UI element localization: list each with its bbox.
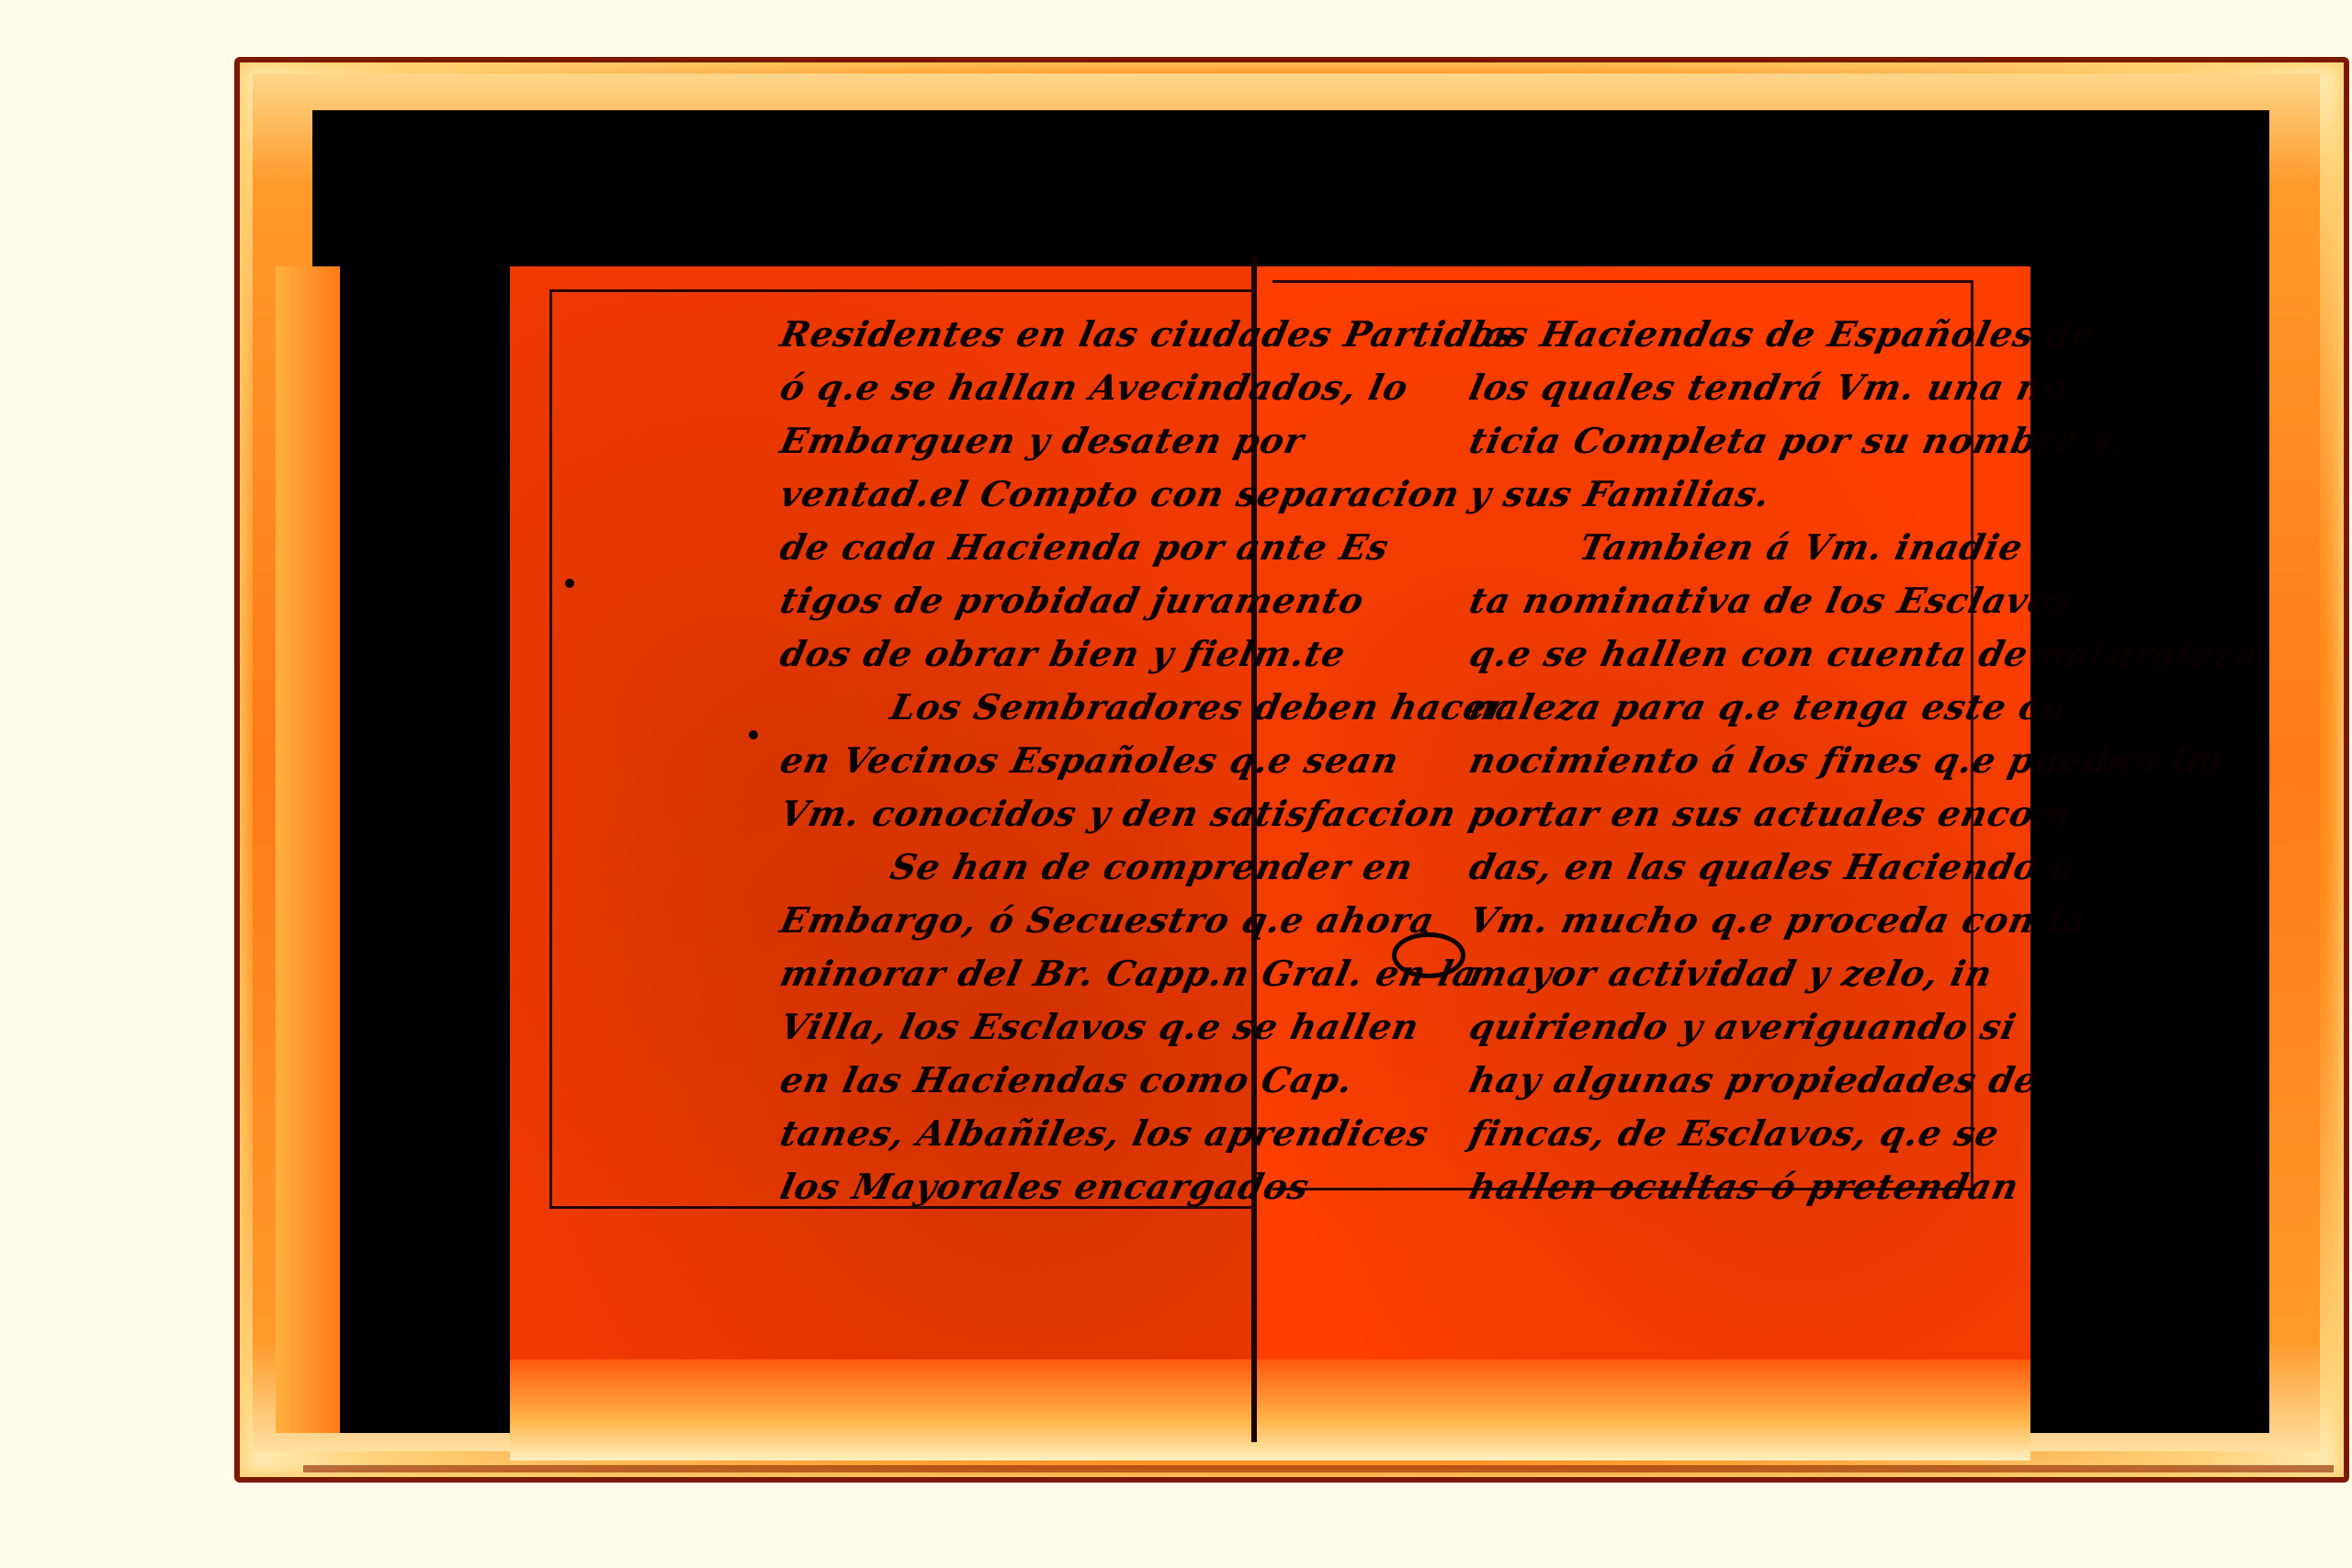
right-line: ta nominativa de los Esclavos bbox=[1464, 574, 2265, 627]
right-line: q.e se hallen con cuenta de naturaleza bbox=[1464, 627, 2265, 681]
left-line: ó q.e se hallan Avecindados, lo bbox=[775, 361, 1521, 414]
page-bottom-glow bbox=[510, 1359, 2030, 1461]
right-line: naleza para q.e tenga este co bbox=[1464, 681, 2265, 734]
margin-flourish-mark bbox=[1392, 932, 1465, 978]
ink-dot bbox=[749, 730, 758, 739]
right-line: los quales tendrá Vm. una no bbox=[1464, 361, 2265, 414]
right-line: ticia Completa por su nombre s. bbox=[1464, 414, 2265, 468]
left-line: Se han de comprender en bbox=[775, 840, 1521, 894]
right-line: quiriendo y averiguando si bbox=[1464, 1000, 2265, 1054]
left-line: Vm. conocidos y den satisfaccion bbox=[775, 787, 1521, 840]
right-line: fincas, de Esclavos, q.e se bbox=[1464, 1107, 2265, 1160]
left-line: Los Sembradores deben hacer bbox=[775, 681, 1521, 734]
right-line: das, en las quales Haciendo á bbox=[1464, 840, 2265, 894]
left-line: Villa, los Esclavos q.e se hallen bbox=[775, 1000, 1521, 1054]
right-line: nocimiento á los fines q.e pueden im bbox=[1464, 734, 2265, 787]
left-line: en Vecinos Españoles q.e sean bbox=[775, 734, 1521, 787]
right-page-text: las Haciendas de Españoles de los quales… bbox=[1470, 308, 2258, 1213]
left-line: de cada Hacienda por ante Es bbox=[775, 521, 1521, 574]
ink-dot bbox=[565, 579, 574, 588]
right-line: las Haciendas de Españoles de bbox=[1464, 308, 2265, 361]
right-line: Vm. mucho q.e proceda con la bbox=[1464, 894, 2265, 947]
right-line: Tambien á Vm. inadie bbox=[1464, 521, 2265, 574]
left-line: tanes, Albañiles, los aprendices bbox=[775, 1107, 1521, 1160]
left-line: Embarguen y desaten por bbox=[775, 414, 1521, 468]
right-line: portar en sus actuales encom bbox=[1464, 787, 2265, 840]
left-line: dos de obrar bien y fielm.te bbox=[775, 627, 1521, 681]
left-line: tigos de probidad juramento bbox=[775, 574, 1521, 627]
right-line: hallen ocultas ó pretendan bbox=[1464, 1160, 2265, 1213]
left-line: ventad.el Compto con separacion bbox=[775, 468, 1521, 521]
left-line: Residentes en las ciudades Partidos bbox=[775, 308, 1521, 361]
right-line: y sus Familias. bbox=[1464, 468, 2265, 521]
left-line: los Mayorales encargados bbox=[775, 1160, 1521, 1213]
left-mat-strip bbox=[276, 266, 340, 1433]
left-page-text: Residentes en las ciudades Partidos ó q.… bbox=[781, 308, 1515, 1213]
left-line: en las Haciendas como Cap. bbox=[775, 1054, 1521, 1107]
frame-bottom-edge bbox=[303, 1465, 2334, 1472]
right-line: hay algunas propiedades de bbox=[1464, 1054, 2265, 1107]
right-line: mayor actividad y zelo, in bbox=[1464, 947, 2265, 1000]
